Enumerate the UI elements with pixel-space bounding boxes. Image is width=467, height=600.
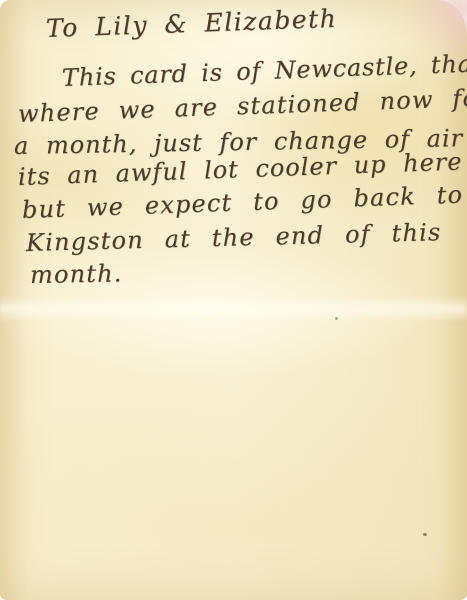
handwriting-layer: To Lily & Elizabeth This card is of Newc…: [0, 0, 467, 600]
salutation-line: To Lily & Elizabeth: [45, 4, 337, 43]
scanned-letter: To Lily & Elizabeth This card is of Newc…: [0, 0, 467, 600]
handwritten-line-7: month.: [30, 259, 123, 289]
handwritten-line-6: Kingston at the end of this: [26, 218, 442, 257]
